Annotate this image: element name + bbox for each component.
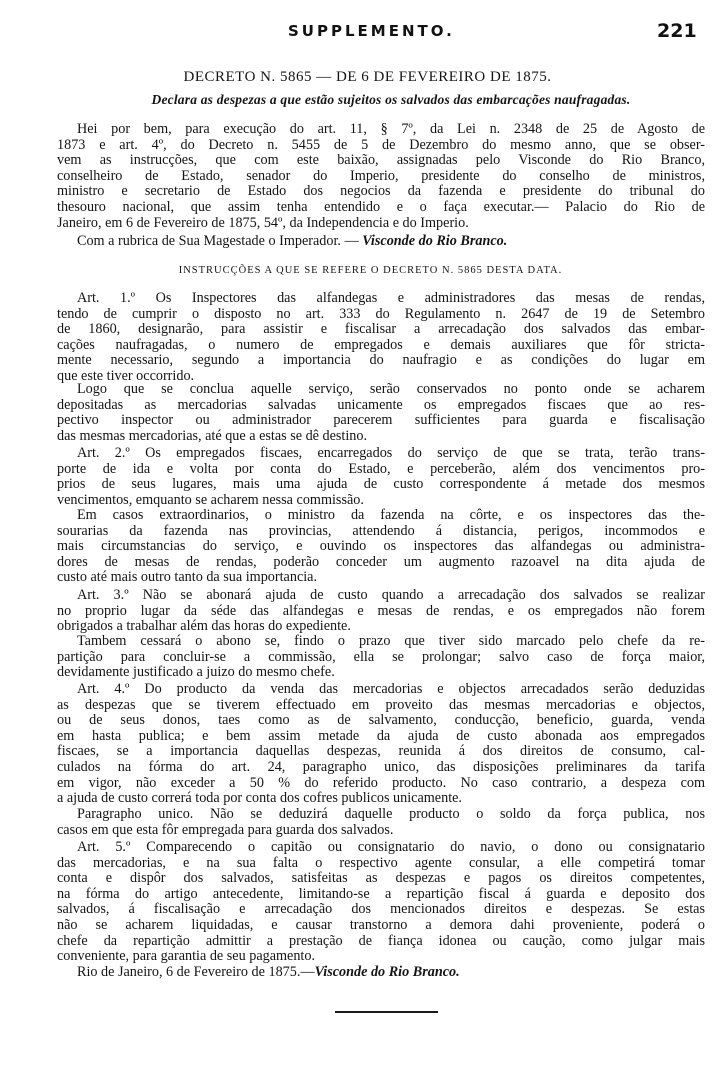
text-line: prios de seus lugares, mais uma ajuda de… bbox=[57, 477, 705, 493]
text-line: das mesmas mercadorias, até que a estas … bbox=[57, 429, 705, 445]
text-line: vencimentos, emquanto se acharem nessa c… bbox=[57, 493, 705, 509]
text-line: ministro e secretario de Estado dos nego… bbox=[57, 184, 705, 200]
text-line: de 1860, designarão, para assistir e fis… bbox=[57, 322, 705, 338]
text-line: 1873 e art. 4º, do Decreto n. 5455 de 5 … bbox=[57, 138, 705, 154]
article-5: Art. 5.º Comparecendo o capitão ou consi… bbox=[57, 840, 705, 965]
end-rule-divider bbox=[335, 1011, 438, 1013]
text-line: dores de mesas de rendas, poderão conced… bbox=[57, 555, 705, 571]
decree-subtitle: Declara as despezas a que estão sujeitos… bbox=[76, 92, 706, 108]
text-line: em hasta publica; e bem assim metade da … bbox=[57, 729, 705, 745]
article-2-paragraph-2: Em casos extraordinarios, o ministro da … bbox=[57, 508, 705, 586]
running-header: SUPPLEMENTO. 221 bbox=[0, 22, 725, 44]
text-line: no proprio lugar da séde das alfandegas … bbox=[57, 604, 705, 620]
text-line: a ajuda de custo correrá toda por conta … bbox=[57, 791, 705, 807]
text-line: porte de ida e volta por conta do Estado… bbox=[57, 462, 705, 478]
text-line: fiscaes, se a importancia daquellas desp… bbox=[57, 744, 705, 760]
text-line: Art. 5.º Comparecendo o capitão ou consi… bbox=[57, 840, 705, 856]
running-title: SUPPLEMENTO. bbox=[288, 22, 455, 40]
text-line: custo até mais outro tanto da sua import… bbox=[57, 570, 705, 586]
preamble-paragraph: Hei por bem, para execução do art. 11, §… bbox=[57, 122, 705, 231]
text-line: em vigor, não exceder a 50 % do referido… bbox=[57, 776, 705, 792]
article-2: Art. 2.º Os empregados fiscaes, encarreg… bbox=[57, 446, 705, 508]
article-4-paragrapho-unico: Paragrapho unico. Não se deduzirá daquel… bbox=[57, 807, 705, 838]
page-number: 221 bbox=[657, 20, 697, 42]
text-line: as despezas que se tiverem effectuado em… bbox=[57, 698, 705, 714]
text-line: thesouro nacional, que assim tenha enten… bbox=[57, 200, 705, 216]
text-line: depositadas as mercadorias salvadas unic… bbox=[57, 398, 705, 414]
rubric-text-line: Com a rubrica de Sua Magestade o Imperad… bbox=[57, 234, 705, 250]
rubric-signature: Visconde do Rio Branco. bbox=[362, 234, 507, 249]
closing-signature: Visconde do Rio Branco. bbox=[315, 965, 460, 980]
text-line: devidamente justificado a juizo do mesmo… bbox=[57, 665, 705, 681]
text-line: chefe da repartição admittir a prestação… bbox=[57, 934, 705, 950]
rubric-text: Com a rubrica de Sua Magestade o Imperad… bbox=[77, 234, 359, 249]
text-line: não se acharem liquidadas, e causar tran… bbox=[57, 918, 705, 934]
decree-title: DECRETO N. 5865 — DE 6 DE FEVEREIRO DE 1… bbox=[0, 69, 725, 86]
text-line: mais circumstancias do serviço, e ouvind… bbox=[57, 539, 705, 555]
text-line: salvados, á fiscalisação e arrecadação d… bbox=[57, 902, 705, 918]
text-line: culados na fórma do art. 24, paragrapho … bbox=[57, 760, 705, 776]
rubric-line: Com a rubrica de Sua Magestade o Imperad… bbox=[57, 234, 705, 250]
text-line: pectivo inspector ou administrador parec… bbox=[57, 413, 705, 429]
text-line: Art. 2.º Os empregados fiscaes, encarreg… bbox=[57, 446, 705, 462]
text-line: Hei por bem, para execução do art. 11, §… bbox=[57, 122, 705, 138]
text-line: ou de seus donos, taes como as de salvam… bbox=[57, 713, 705, 729]
text-line: casos em que esta fôr empregada para gua… bbox=[57, 823, 705, 839]
article-1-paragraph-2: Logo que se conclua aquelle serviço, ser… bbox=[57, 382, 705, 444]
text-line: Paragrapho unico. Não se deduzirá daquel… bbox=[57, 807, 705, 823]
article-3: Art. 3.º Não se abonará ajuda de custo q… bbox=[57, 588, 705, 635]
text-line: sourarias da fazenda nas provincias, att… bbox=[57, 524, 705, 540]
article-4: Art. 4.º Do producto da venda das mercad… bbox=[57, 682, 705, 807]
text-line: Janeiro, em 6 de Fevereiro de 1875, 54º,… bbox=[57, 216, 705, 232]
text-line: vem as instrucções, que com este baixão,… bbox=[57, 153, 705, 169]
document-page: SUPPLEMENTO. 221 DECRETO N. 5865 — DE 6 … bbox=[0, 0, 725, 1088]
text-line: Art. 3.º Não se abonará ajuda de custo q… bbox=[57, 588, 705, 604]
article-1: Art. 1.º Os Inspectores das alfandegas e… bbox=[57, 291, 705, 385]
text-line: cações naufragadas, o numero de empregad… bbox=[57, 338, 705, 354]
text-line: na fórma do artigo antecedente, limitand… bbox=[57, 887, 705, 903]
text-line: Em casos extraordinarios, o ministro da … bbox=[57, 508, 705, 524]
text-line: Logo que se conclua aquelle serviço, ser… bbox=[57, 382, 705, 398]
closing-text: Rio de Janeiro, 6 de Fevereiro de 1875.— bbox=[77, 965, 315, 980]
text-line: tendo de cumprir o disposto no art. 333 … bbox=[57, 307, 705, 323]
text-line: Art. 4.º Do producto da venda das mercad… bbox=[57, 682, 705, 698]
text-line: Tambem cessará o abono se, findo o prazo… bbox=[57, 634, 705, 650]
text-line: obrigados a trabalhar além das horas do … bbox=[57, 619, 705, 635]
article-3-paragraph-2: Tambem cessará o abono se, findo o prazo… bbox=[57, 634, 705, 681]
text-line: Art. 1.º Os Inspectores das alfandegas e… bbox=[57, 291, 705, 307]
closing-text-line: Rio de Janeiro, 6 de Fevereiro de 1875.—… bbox=[57, 965, 705, 981]
closing-line: Rio de Janeiro, 6 de Fevereiro de 1875.—… bbox=[57, 965, 705, 981]
text-line: partição para concluir-se a commissão, e… bbox=[57, 650, 705, 666]
text-line: mente necessario, segundo a importancia … bbox=[57, 353, 705, 369]
instructions-heading: INSTRUCÇÕES A QUE SE REFERE O DECRETO N.… bbox=[0, 265, 725, 276]
text-line: conta e dispôr dos salvados, satisfeitas… bbox=[57, 871, 705, 887]
text-line: das mercadorias, e na sua falta o respec… bbox=[57, 856, 705, 872]
text-line: conselheiro de Estado, senador do Imperi… bbox=[57, 169, 705, 185]
text-line: conveniente, para garantia de seu pagame… bbox=[57, 949, 705, 965]
